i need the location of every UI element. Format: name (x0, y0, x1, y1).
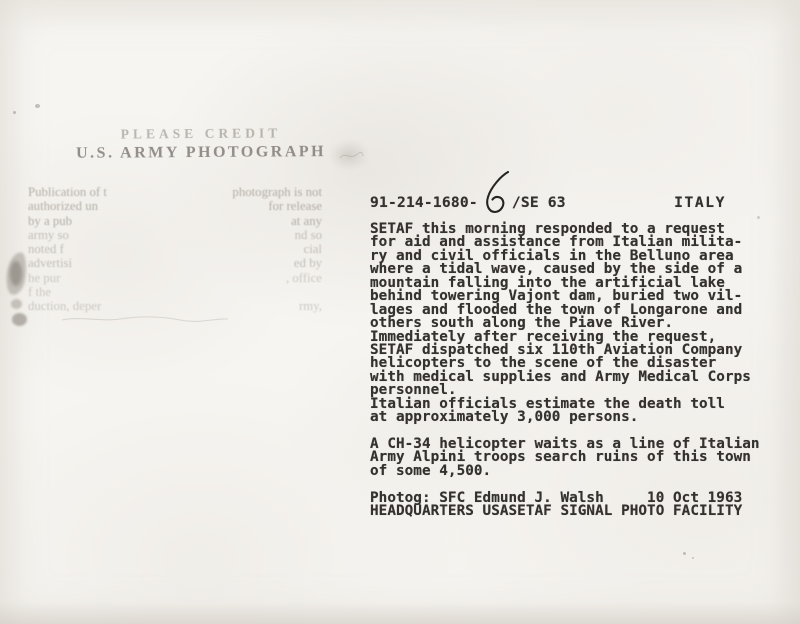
notice-line: army sond so (28, 228, 322, 242)
paper-speck (35, 104, 40, 108)
notice-line-l: advertisi (28, 256, 72, 270)
notice-line: Publication of tphotograph is not (28, 185, 322, 199)
country-label: ITALY (674, 192, 726, 214)
notice-line-r: , office (286, 271, 322, 285)
notice-line-r: nd so (295, 228, 322, 242)
notice-line: noted fcial (28, 242, 322, 256)
notice-line-l: army so (28, 228, 69, 242)
notice-line: advertisied by (28, 256, 322, 270)
caption-line: at approximately 3,000 persons. (370, 411, 782, 424)
credit-stamp: PLEASE CREDIT U.S. ARMY PHOTOGRAPH (55, 125, 347, 163)
caption-line: HEADQUARTERS USASETAF SIGNAL PHOTO FACIL… (370, 505, 782, 518)
caption-text: SETAF this morning responded to a reques… (370, 223, 782, 519)
notice-line: f the (28, 285, 322, 299)
credit-stamp-line2: U.S. ARMY PHOTOGRAPH (55, 143, 347, 163)
paper-speck (13, 111, 16, 114)
notice-line-l: he pur (28, 271, 60, 285)
notice-line-l: by a pub (28, 214, 72, 228)
notice-line-l: Publication of t (28, 185, 107, 199)
notice-line-r: at any (291, 214, 322, 228)
ink-stain-core (10, 261, 22, 286)
notice-line-r: rmy, (299, 299, 322, 313)
notice-line-r: cial (304, 242, 322, 256)
photo-back-paper: PLEASE CREDIT U.S. ARMY PHOTOGRAPH Publi… (0, 0, 800, 624)
ink-stain-round (12, 313, 27, 326)
ink-stain-large (4, 251, 29, 296)
paper-speck (692, 557, 694, 559)
publication-notice: Publication of tphotograph is notauthori… (28, 185, 322, 314)
notice-line: duction, deperrmy, (28, 299, 322, 313)
ink-stain-small (11, 299, 22, 309)
photo-number-prefix: 91-214-1680- (370, 194, 478, 211)
paper-speck (683, 552, 686, 555)
notice-line-l: duction, deper (28, 299, 101, 313)
photo-number-suffix: /SE 63 (512, 194, 566, 211)
notice-line-r: for release (268, 199, 322, 213)
handwritten-digit-6 (482, 170, 510, 214)
notice-line-l: authorized un (28, 199, 98, 213)
notice-signature-scribble (60, 312, 230, 324)
caption-line: of some 4,500. (370, 465, 782, 478)
notice-line: authorized unfor release (28, 199, 322, 213)
notice-line: by a pubat any (28, 214, 322, 228)
credit-stamp-line1: PLEASE CREDIT (55, 125, 347, 143)
notice-line-r: ed by (294, 256, 322, 270)
notice-line-l: f the (28, 285, 51, 299)
notice-line: he pur, office (28, 271, 322, 285)
notice-line-l: noted f (28, 242, 64, 256)
notice-line-r: photograph is not (232, 185, 322, 199)
